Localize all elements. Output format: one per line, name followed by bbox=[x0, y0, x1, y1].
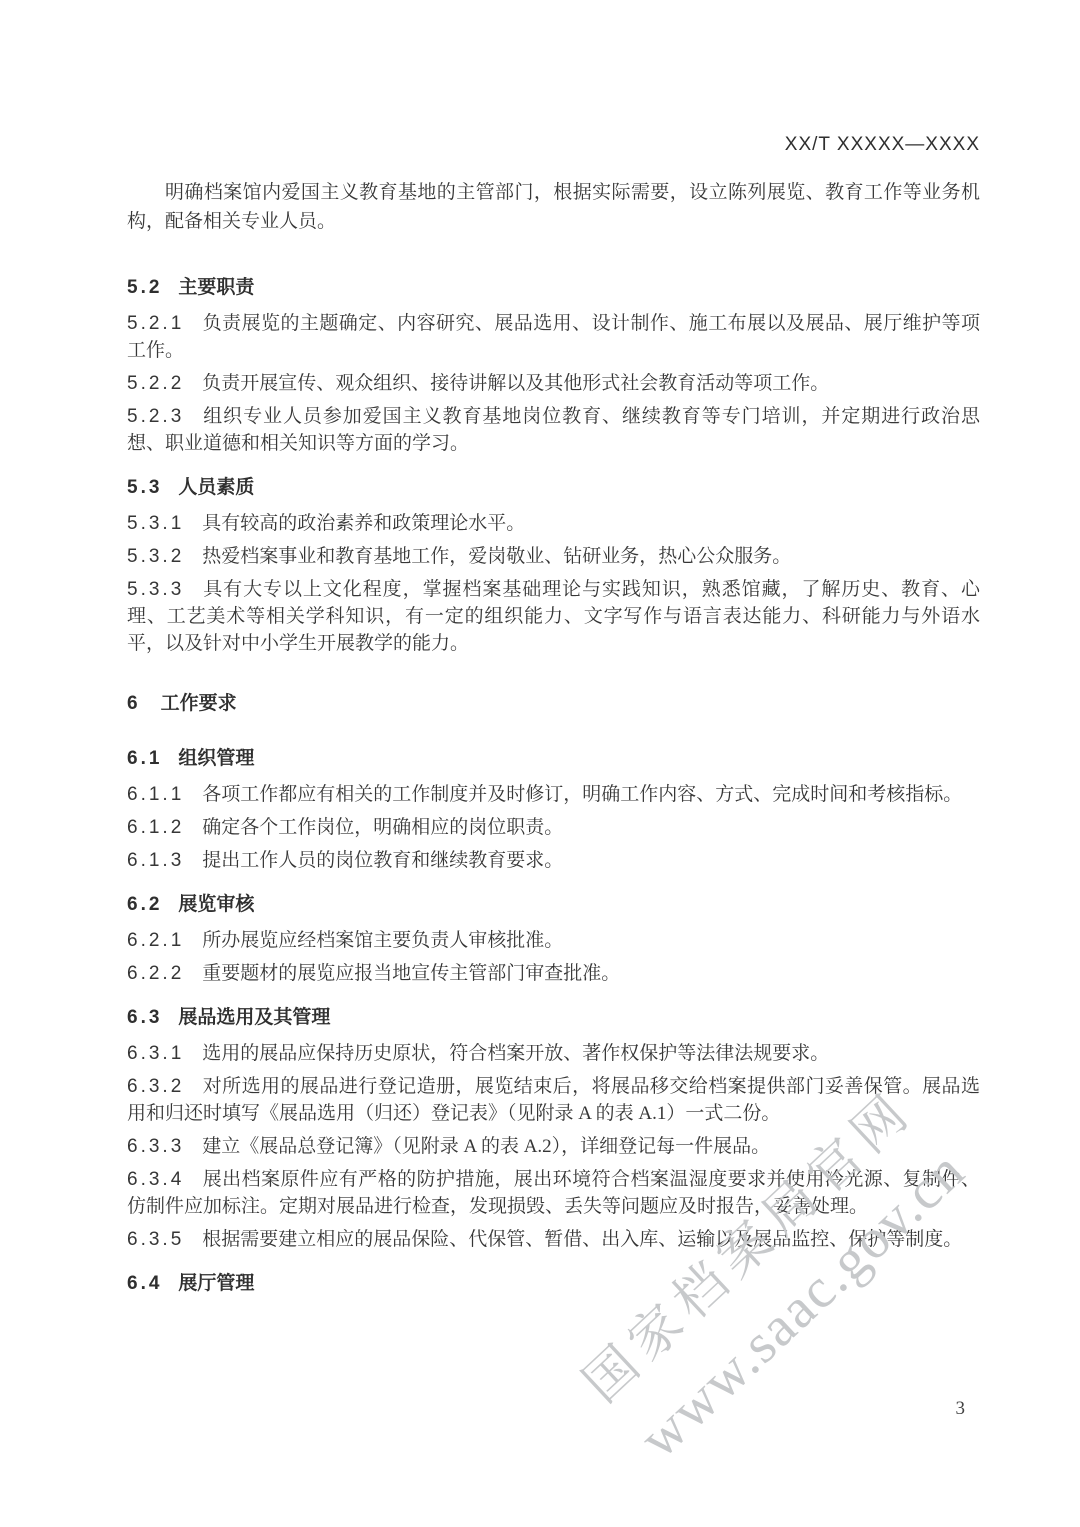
clause-text: 具有较高的政治素养和政策理论水平。 bbox=[202, 513, 525, 534]
clause-text: 组织专业人员参加爱国主义教育基地岗位教育、继续教育等专门培训，并定期进行政治思想… bbox=[127, 406, 980, 454]
clause-text: 负责开展宣传、观众组织、接待讲解以及其他形式社会教育活动等项工作。 bbox=[202, 373, 829, 394]
intro-paragraph: 明确档案馆内爱国主义教育基地的主管部门，根据实际需要，设立陈列展览、教育工作等业… bbox=[127, 178, 980, 236]
page-number: 3 bbox=[956, 1398, 966, 1420]
clause-number: 6.3.5 bbox=[127, 1229, 202, 1250]
clause-6-1-1: 6.1.1各项工作都应有相关的工作制度并及时修订，明确工作内容、方式、完成时间和… bbox=[127, 781, 980, 808]
clause-text: 对所选用的展品进行登记造册，展览结束后，将展品移交给档案提供部门妥善保管。展品选… bbox=[127, 1076, 980, 1124]
clause-number: 6.1.3 bbox=[127, 850, 202, 871]
clause-number: 6.2.1 bbox=[127, 930, 202, 951]
clause-number: 6.3.4 bbox=[127, 1169, 202, 1190]
clause-number: 6.1.1 bbox=[127, 784, 202, 805]
clause-number: 5.3.1 bbox=[127, 513, 202, 534]
clause-number: 5.2.3 bbox=[127, 406, 202, 427]
section-heading-6-2: 6.2展览审核 bbox=[127, 891, 980, 918]
clause-number: 6.2.2 bbox=[127, 963, 202, 984]
chapter-title: 工作要求 bbox=[161, 693, 237, 714]
clause-text: 展出档案原件应有严格的防护措施，展出环境符合档案温湿度要求并使用冷光源、复制件、… bbox=[127, 1169, 980, 1217]
clause-5-2-3: 5.2.3组织专业人员参加爱国主义教育基地岗位教育、继续教育等专门培训，并定期进… bbox=[127, 403, 980, 457]
clause-number: 6.3.3 bbox=[127, 1136, 202, 1157]
clause-text: 建立《展品总登记簿》（见附录 A 的表 A.2），详细登记每一件展品。 bbox=[202, 1136, 770, 1157]
section-heading-5-2: 5.2主要职责 bbox=[127, 274, 980, 301]
clause-5-2-1: 5.2.1负责展览的主题确定、内容研究、展品选用、设计制作、施工布展以及展品、展… bbox=[127, 310, 980, 364]
section-title: 人员素质 bbox=[178, 477, 254, 498]
document-page: 国家档案局官网 www.saac.gov.cn XX/T XXXXX—XXXX … bbox=[0, 0, 1080, 1527]
clause-6-1-3: 6.1.3提出工作人员的岗位教育和继续教育要求。 bbox=[127, 847, 980, 874]
clause-number: 6.3.2 bbox=[127, 1076, 202, 1097]
clause-text: 重要题材的展览应报当地宣传主管部门审查批准。 bbox=[202, 963, 620, 984]
clause-6-2-2: 6.2.2重要题材的展览应报当地宣传主管部门审查批准。 bbox=[127, 960, 980, 987]
clause-number: 5.3.2 bbox=[127, 546, 202, 567]
clause-text: 具有大专以上文化程度，掌握档案基础理论与实践知识，熟悉馆藏，了解历史、教育、心理… bbox=[127, 579, 980, 654]
section-number: 5.2 bbox=[127, 277, 178, 298]
section-heading-6-1: 6.1组织管理 bbox=[127, 745, 980, 772]
section-title: 展厅管理 bbox=[178, 1273, 254, 1294]
clause-number: 5.2.2 bbox=[127, 373, 202, 394]
section-title: 组织管理 bbox=[178, 748, 254, 769]
section-number: 5.3 bbox=[127, 477, 178, 498]
clause-text: 确定各个工作岗位，明确相应的岗位职责。 bbox=[202, 817, 563, 838]
clause-number: 5.2.1 bbox=[127, 313, 202, 334]
clause-6-3-5: 6.3.5根据需要建立相应的展品保险、代保管、暂借、出入库、运输以及展品监控、保… bbox=[127, 1226, 980, 1253]
section-number: 6.1 bbox=[127, 748, 178, 769]
standard-code: XX/T XXXXX—XXXX bbox=[127, 132, 980, 158]
clause-number: 6.3.1 bbox=[127, 1043, 202, 1064]
chapter-heading-6: 6工作要求 bbox=[127, 690, 980, 717]
clause-6-3-2: 6.3.2对所选用的展品进行登记造册，展览结束后，将展品移交给档案提供部门妥善保… bbox=[127, 1073, 980, 1127]
chapter-number: 6 bbox=[127, 693, 161, 714]
clause-text: 所办展览应经档案馆主要负责人审核批准。 bbox=[202, 930, 563, 951]
clause-5-3-1: 5.3.1具有较高的政治素养和政策理论水平。 bbox=[127, 510, 980, 537]
clause-6-2-1: 6.2.1所办展览应经档案馆主要负责人审核批准。 bbox=[127, 927, 980, 954]
section-number: 6.3 bbox=[127, 1007, 178, 1028]
clause-6-3-1: 6.3.1选用的展品应保持历史原状，符合档案开放、著作权保护等法律法规要求。 bbox=[127, 1040, 980, 1067]
clause-6-1-2: 6.1.2确定各个工作岗位，明确相应的岗位职责。 bbox=[127, 814, 980, 841]
clause-text: 提出工作人员的岗位教育和继续教育要求。 bbox=[202, 850, 563, 871]
clause-text: 负责展览的主题确定、内容研究、展品选用、设计制作、施工布展以及展品、展厅维护等项… bbox=[127, 313, 980, 361]
section-number: 6.4 bbox=[127, 1273, 178, 1294]
section-heading-5-3: 5.3人员素质 bbox=[127, 474, 980, 501]
section-title: 主要职责 bbox=[178, 277, 254, 298]
clause-number: 6.1.2 bbox=[127, 817, 202, 838]
clause-6-3-3: 6.3.3建立《展品总登记簿》（见附录 A 的表 A.2），详细登记每一件展品。 bbox=[127, 1133, 980, 1160]
clause-5-2-2: 5.2.2负责开展宣传、观众组织、接待讲解以及其他形式社会教育活动等项工作。 bbox=[127, 370, 980, 397]
page-content: XX/T XXXXX—XXXX 明确档案馆内爱国主义教育基地的主管部门，根据实际… bbox=[0, 0, 1080, 1297]
section-title: 展品选用及其管理 bbox=[178, 1007, 330, 1028]
clause-6-3-4: 6.3.4展出档案原件应有严格的防护措施，展出环境符合档案温湿度要求并使用冷光源… bbox=[127, 1166, 980, 1220]
clause-5-3-2: 5.3.2热爱档案事业和教育基地工作，爱岗敬业、钻研业务，热心公众服务。 bbox=[127, 543, 980, 570]
section-number: 6.2 bbox=[127, 894, 178, 915]
clause-5-3-3: 5.3.3具有大专以上文化程度，掌握档案基础理论与实践知识，熟悉馆藏，了解历史、… bbox=[127, 576, 980, 657]
clause-text: 各项工作都应有相关的工作制度并及时修订，明确工作内容、方式、完成时间和考核指标。 bbox=[202, 784, 962, 805]
clause-number: 5.3.3 bbox=[127, 579, 202, 600]
clause-text: 选用的展品应保持历史原状，符合档案开放、著作权保护等法律法规要求。 bbox=[202, 1043, 829, 1064]
section-heading-6-3: 6.3展品选用及其管理 bbox=[127, 1004, 980, 1031]
section-heading-6-4: 6.4展厅管理 bbox=[127, 1270, 980, 1297]
clause-text: 热爱档案事业和教育基地工作，爱岗敬业、钻研业务，热心公众服务。 bbox=[202, 546, 791, 567]
clause-text: 根据需要建立相应的展品保险、代保管、暂借、出入库、运输以及展品监控、保护等制度。 bbox=[202, 1229, 962, 1250]
section-title: 展览审核 bbox=[178, 894, 254, 915]
